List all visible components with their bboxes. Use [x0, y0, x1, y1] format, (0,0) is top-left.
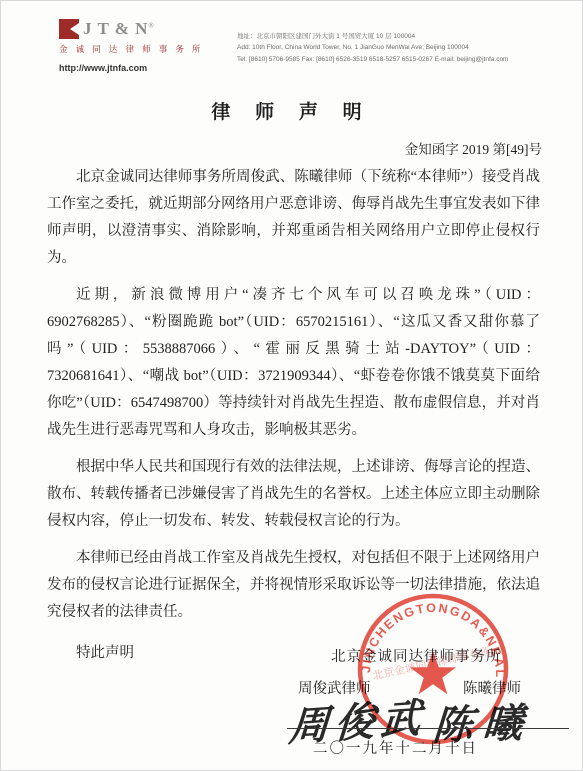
signature-block: 北京金诚同达律师事务所 周俊武律师 陈曦律师 周俊武 陈曦 JINCHENGTO… — [1, 631, 583, 771]
document-page: J T & N® 金 诚 同 达 律 师 事 务 所 http://www.jt… — [0, 0, 583, 771]
firm-website: http://www.jtnfa.com — [59, 63, 209, 73]
paragraph-3: 根据中华人民共和国现行有效的法律法规，上述诽谤、侮辱言论的捏造、散布、转载传播者… — [47, 454, 540, 535]
paragraph-2: 近期，新浪微博用户“凑齐七个风车可以召唤龙珠”（UID：6902768285）、… — [47, 282, 540, 444]
tel-fax-email: Tel: [8610] 5706-9585 Fax: [8610] 6526-3… — [237, 54, 566, 65]
letterhead: J T & N® 金 诚 同 达 律 师 事 务 所 http://www.jt… — [59, 17, 566, 81]
registered-mark: ® — [148, 21, 154, 29]
firm-logo: J T & N® 金 诚 同 达 律 师 事 务 所 http://www.jt… — [59, 19, 209, 73]
signature-firm-name: 北京金诚同达律师事务所 — [331, 645, 561, 666]
document-title: 律 师 声 明 — [1, 97, 582, 124]
contact-info: 地址：北京市朝阳区建国门外大街 1 号国贸大厦 10 层 100004 Add:… — [237, 31, 566, 65]
jtn-logo-icon — [59, 19, 79, 39]
statement-body: 北京金诚同达律师事务所周俊武、陈曦律师（下统称“本律师”）接受肖战工作室之委托，… — [47, 164, 540, 677]
firm-name-cn: 金 诚 同 达 律 师 事 务 所 — [59, 43, 209, 55]
signature-underline — [287, 728, 569, 729]
reference-number: 金知函字 2019 第[49]号 — [405, 138, 542, 158]
paragraph-4: 本律师已经由肖战工作室及肖战先生授权，对包括但不限于上述网络用户发布的侵权言论进… — [47, 545, 540, 626]
address-en: Add: 10th Floor, China World Tower, No. … — [237, 42, 566, 53]
logo-letters: J T & N® — [83, 19, 155, 39]
address-cn: 地址：北京市朝阳区建国门外大街 1 号国贸大厦 10 层 100004 — [237, 31, 566, 42]
statement-date: 二〇一九年十二月十日 — [313, 737, 478, 758]
paragraph-1: 北京金诚同达律师事务所周俊武、陈曦律师（下统称“本律师”）接受肖战工作室之委托，… — [47, 164, 540, 272]
